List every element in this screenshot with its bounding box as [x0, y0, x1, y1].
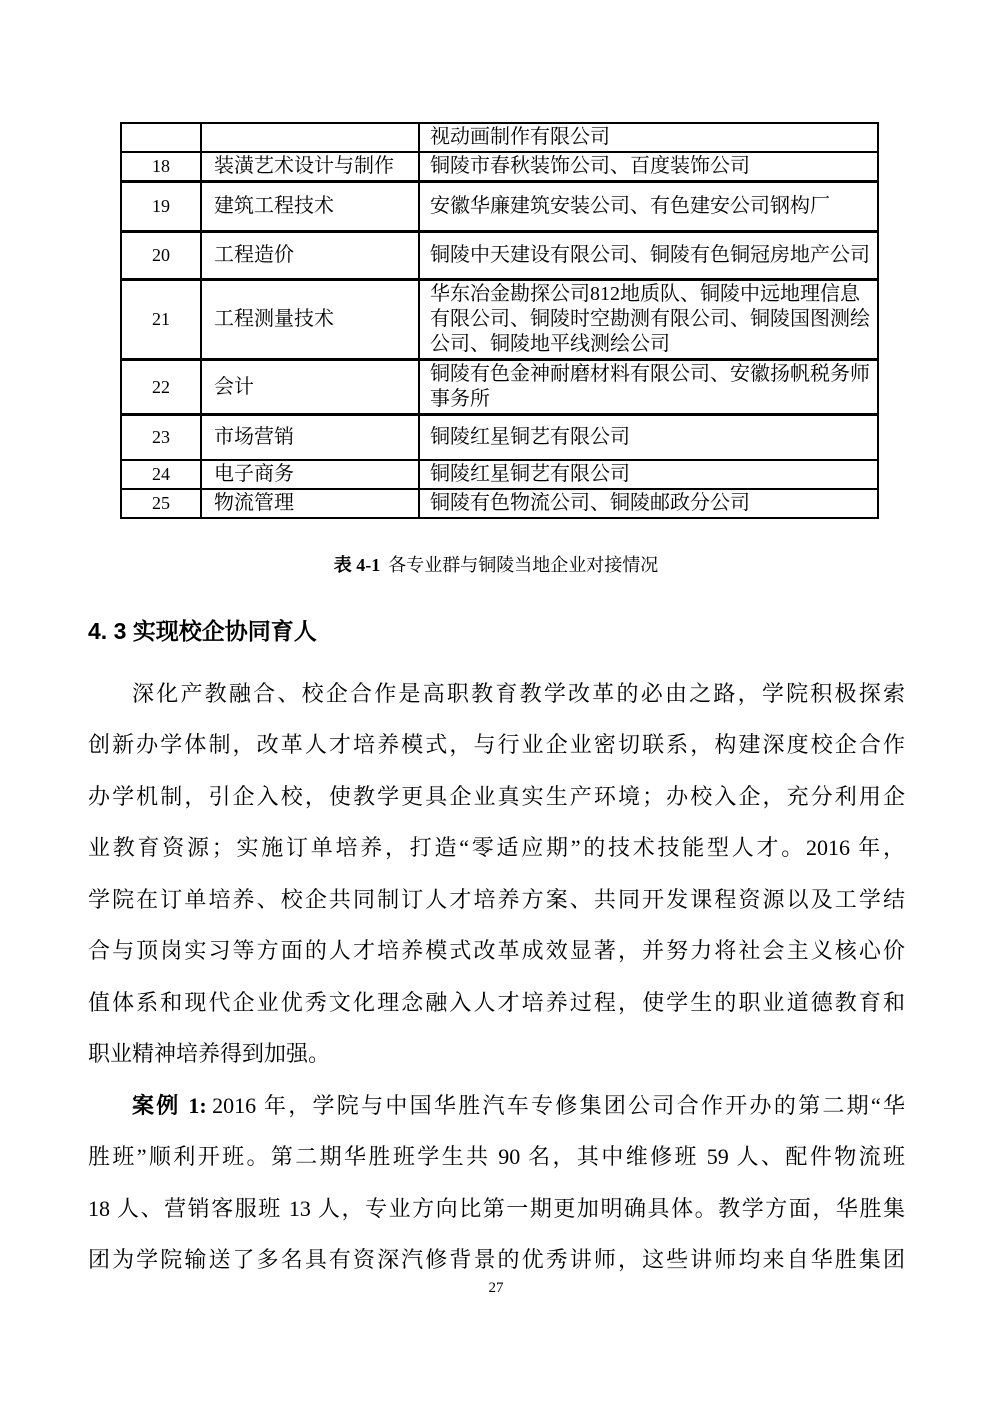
paragraph-line: 业教育资源；实施订单培养，打造“零适应期”的技术技能型人才。2016 年， — [88, 822, 905, 874]
companies-cell: 铜陵市春秋装饰公司、百度装饰公司 — [419, 152, 878, 182]
companies-cell: 铜陵有色金神耐磨材料有限公司、安徽扬帆税务师事务所 — [419, 360, 878, 415]
paragraph-line: 学院在订单培养、校企共同制订人才培养方案、共同开发课程资源以及工学结 — [88, 874, 905, 926]
paragraph-line: 合与顶岗实习等方面的人才培养模式改革成效显著，并努力将社会主义核心价 — [88, 925, 905, 977]
majors-companies-table: 视动画制作有限公司 18 装潢艺术设计与制作 铜陵市春秋装饰公司、百度装饰公司 … — [120, 122, 879, 519]
paragraph-line: 团为学院输送了多名具有资深汽修背景的优秀讲师，这些讲师均来自华胜集团 — [88, 1234, 905, 1286]
companies-cell: 铜陵红星铜艺有限公司 — [419, 415, 878, 460]
major-cell: 工程造价 — [201, 232, 419, 280]
major-cell: 电子商务 — [201, 460, 419, 489]
table-row: 视动画制作有限公司 — [121, 123, 878, 152]
row-number-cell: 19 — [121, 182, 201, 232]
paragraph-line: 创新办学体制，改革人才培养模式，与行业企业密切联系，构建深度校企合作 — [88, 719, 905, 771]
paragraph-line: 值体系和现代企业优秀文化理念融入人才培养过程，使学生的职业道德教育和 — [88, 977, 905, 1029]
companies-cell: 铜陵有色物流公司、铜陵邮政分公司 — [419, 489, 878, 518]
table-row: 22 会计 铜陵有色金神耐磨材料有限公司、安徽扬帆税务师事务所 — [121, 360, 878, 415]
table-row: 18 装潢艺术设计与制作 铜陵市春秋装饰公司、百度装饰公司 — [121, 152, 878, 182]
row-number-cell: 23 — [121, 415, 201, 460]
companies-cell: 视动画制作有限公司 — [419, 123, 878, 152]
paragraph-line-text: 2016 年，学院与中国华胜汽车专修集团公司合作开办的第二期“华 — [212, 1093, 905, 1118]
major-cell: 物流管理 — [201, 489, 419, 518]
row-number-cell: 21 — [121, 280, 201, 360]
major-cell: 会计 — [201, 360, 419, 415]
section-heading: 4. 3 实现校企协同育人 — [88, 616, 992, 647]
table-row: 21 工程测量技术 华东冶金勘探公司812地质队、铜陵中远地理信息有限公司、铜陵… — [121, 280, 878, 360]
page-number: 27 — [0, 1280, 992, 1297]
body-paragraphs: 深化产教融合、校企合作是高职教育教学改革的必由之路，学院积极探索 创新办学体制，… — [88, 668, 905, 1286]
paragraph-line: 18 人、营销客服班 13 人，专业方向比第一期更加明确具体。教学方面，华胜集 — [88, 1183, 905, 1235]
major-cell: 装潢艺术设计与制作 — [201, 152, 419, 182]
companies-cell: 铜陵红星铜艺有限公司 — [419, 460, 878, 489]
major-cell: 市场营销 — [201, 415, 419, 460]
table-row: 24 电子商务 铜陵红星铜艺有限公司 — [121, 460, 878, 489]
table-caption: 表 4-1各专业群与铜陵当地企业对接情况 — [0, 551, 992, 577]
major-cell: 建筑工程技术 — [201, 182, 419, 232]
companies-cell: 华东冶金勘探公司812地质队、铜陵中远地理信息有限公司、铜陵时空勘测有限公司、铜… — [419, 280, 878, 360]
paragraph-line: 胜班”顺利开班。第二期华胜班学生共 90 名，其中维修班 59 人、配件物流班 — [88, 1131, 905, 1183]
paragraph-line: 案例 1:2016 年，学院与中国华胜汽车专修集团公司合作开办的第二期“华 — [88, 1080, 905, 1132]
case-label: 案例 1: — [132, 1093, 207, 1118]
major-cell — [201, 123, 419, 152]
companies-cell: 铜陵中天建设有限公司、铜陵有色铜冠房地产公司 — [419, 232, 878, 280]
paragraph-line: 职业精神培养得到加强。 — [88, 1028, 905, 1080]
major-cell: 工程测量技术 — [201, 280, 419, 360]
table-row: 23 市场营销 铜陵红星铜艺有限公司 — [121, 415, 878, 460]
row-number-cell: 18 — [121, 152, 201, 182]
row-number-cell: 22 — [121, 360, 201, 415]
row-number-cell: 20 — [121, 232, 201, 280]
row-number-cell: 25 — [121, 489, 201, 518]
table-caption-text: 各专业群与铜陵当地企业对接情况 — [388, 555, 658, 575]
document-page: 视动画制作有限公司 18 装潢艺术设计与制作 铜陵市春秋装饰公司、百度装饰公司 … — [0, 0, 992, 1403]
paragraph-line: 办学机制，引企入校，使教学更具企业真实生产环境；办校入企，充分利用企 — [88, 771, 905, 823]
table-row: 19 建筑工程技术 安徽华廉建筑安装公司、有色建安公司钢构厂 — [121, 182, 878, 232]
paragraph-line: 深化产教融合、校企合作是高职教育教学改革的必由之路，学院积极探索 — [88, 668, 905, 720]
table-row: 25 物流管理 铜陵有色物流公司、铜陵邮政分公司 — [121, 489, 878, 518]
row-number-cell: 24 — [121, 460, 201, 489]
companies-cell: 安徽华廉建筑安装公司、有色建安公司钢构厂 — [419, 182, 878, 232]
table-row: 20 工程造价 铜陵中天建设有限公司、铜陵有色铜冠房地产公司 — [121, 232, 878, 280]
row-number-cell — [121, 123, 201, 152]
table-caption-label: 表 4-1 — [334, 555, 381, 575]
